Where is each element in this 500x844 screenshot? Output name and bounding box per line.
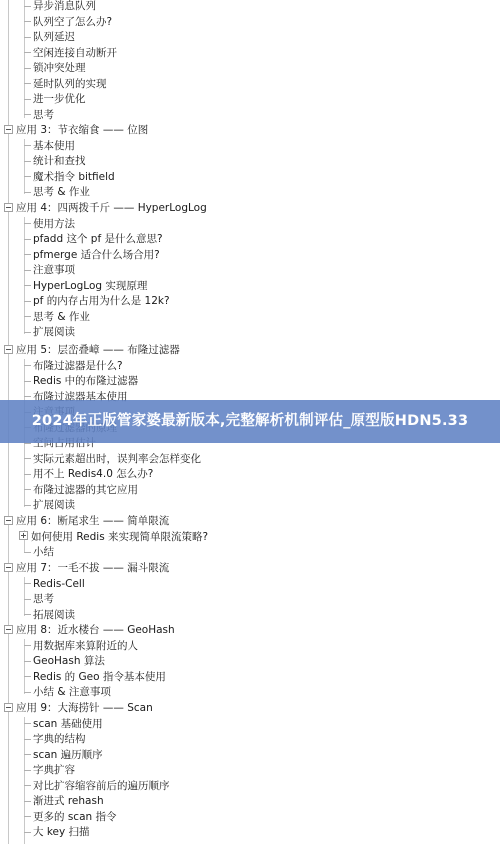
tree-item[interactable]: pf 的内存占用为什么是 12k? (24, 294, 170, 310)
collapse-icon[interactable] (4, 703, 13, 712)
tree-item[interactable]: 对比扩容缩容前后的遍历顺序 (24, 779, 170, 795)
tree-item[interactable]: 更多的 scan 指令 (24, 810, 117, 826)
tree-item[interactable]: 思考 & 作业 (24, 310, 90, 326)
tree-item[interactable]: 布隆过滤器是什么? (24, 359, 123, 375)
tree-item[interactable]: Redis 的 Geo 指令基本使用 (24, 670, 166, 686)
tree-item[interactable]: 用不上 Redis4.0 怎么办? (24, 467, 153, 483)
tree-item[interactable]: pfmerge 适合什么场合用? (24, 248, 160, 264)
tree-item[interactable]: 注意事项 (24, 263, 75, 279)
tree-item-expandable[interactable]: 如何使用 Redis 来实现简单限流策略? (19, 530, 208, 546)
collapse-icon[interactable] (4, 625, 13, 634)
tree-item[interactable]: 小结 (24, 545, 54, 561)
tree-item[interactable]: pfadd 这个 pf 是什么意思? (24, 232, 163, 248)
title-banner: 2024年正版管家婆最新版本,完整解析机制评估_原型版HDN5.33 (0, 400, 500, 443)
tree-item[interactable]: 队列空了怎么办? (24, 15, 112, 31)
tree-item[interactable]: 扩展阅读 (24, 325, 75, 341)
tree-item[interactable]: 基本使用 (24, 139, 75, 155)
tree-item[interactable]: 队列延迟 (24, 30, 75, 46)
tree-group-3[interactable]: 应用 3：节衣缩食 —— 位图 (4, 123, 148, 139)
tree-item[interactable]: 思考 (24, 592, 54, 608)
tree-item[interactable]: 实际元素超出时，误判率会怎样变化 (24, 452, 201, 468)
collapse-icon[interactable] (4, 516, 13, 525)
tree-item[interactable]: 空闲连接自动断开 (24, 46, 117, 62)
tree-item[interactable]: 统计和查找 (24, 154, 86, 170)
collapse-icon[interactable] (4, 563, 13, 572)
tree-item[interactable]: 大 key 扫描 (24, 825, 90, 841)
tree-item[interactable]: 使用方法 (24, 217, 75, 233)
tree-group-4[interactable]: 应用 4：四两拨千斤 —— HyperLogLog (4, 201, 207, 217)
tree-item[interactable]: GeoHash 算法 (24, 654, 105, 670)
collapse-icon[interactable] (4, 125, 13, 134)
tree-group-5[interactable]: 应用 5：层峦叠嶂 —— 布隆过滤器 (4, 343, 180, 359)
tree-group-9[interactable]: 应用 9：大海捞针 —— Scan (4, 701, 153, 717)
tree-item[interactable]: Redis 中的布隆过滤器 (24, 374, 138, 390)
tree-item[interactable]: 锁冲突处理 (24, 61, 86, 77)
collapse-icon[interactable] (4, 203, 13, 212)
tree-item[interactable]: 扩展阅读 (24, 498, 75, 514)
collapse-icon[interactable] (4, 345, 13, 354)
tree-item[interactable]: 异步消息队列 (24, 0, 96, 15)
tree-item[interactable]: 思考 (24, 108, 54, 124)
tree-group-7[interactable]: 应用 7：一毛不拔 —— 漏斗限流 (4, 561, 169, 577)
tree-item[interactable]: 小结 & 注意事项 (24, 685, 111, 701)
tree-item[interactable]: 字典扩容 (24, 763, 75, 779)
tree-item[interactable]: 布隆过滤器的其它应用 (24, 483, 138, 499)
tree-item[interactable]: 进一步优化 (24, 92, 86, 108)
expand-icon[interactable] (19, 531, 28, 540)
banner-title: 2024年正版管家婆最新版本,完整解析机制评估_原型版HDN5.33 (32, 413, 469, 429)
tree-item[interactable]: HyperLogLog 实现原理 (24, 279, 147, 295)
tree-item[interactable]: 字典的结构 (24, 732, 86, 748)
tree-item[interactable]: Redis-Cell (24, 577, 85, 593)
tree-group-6[interactable]: 应用 6：断尾求生 —— 简单限流 (4, 514, 169, 530)
tree-item[interactable]: 延时队列的实现 (24, 77, 107, 93)
tree-item[interactable]: 拓展阅读 (24, 608, 75, 624)
tree-item[interactable]: scan 基础使用 (24, 717, 103, 733)
tree-item[interactable]: scan 遍历顺序 (24, 748, 103, 764)
tree-item[interactable]: 思考 & 作业 (24, 185, 90, 201)
tree-item[interactable]: 魔术指令 bitfield (24, 170, 115, 186)
tree-item[interactable]: 渐进式 rehash (24, 794, 104, 810)
tree-group-8[interactable]: 应用 8：近水楼台 —— GeoHash (4, 623, 175, 639)
tree-item[interactable]: 用数据库来算附近的人 (24, 639, 138, 655)
